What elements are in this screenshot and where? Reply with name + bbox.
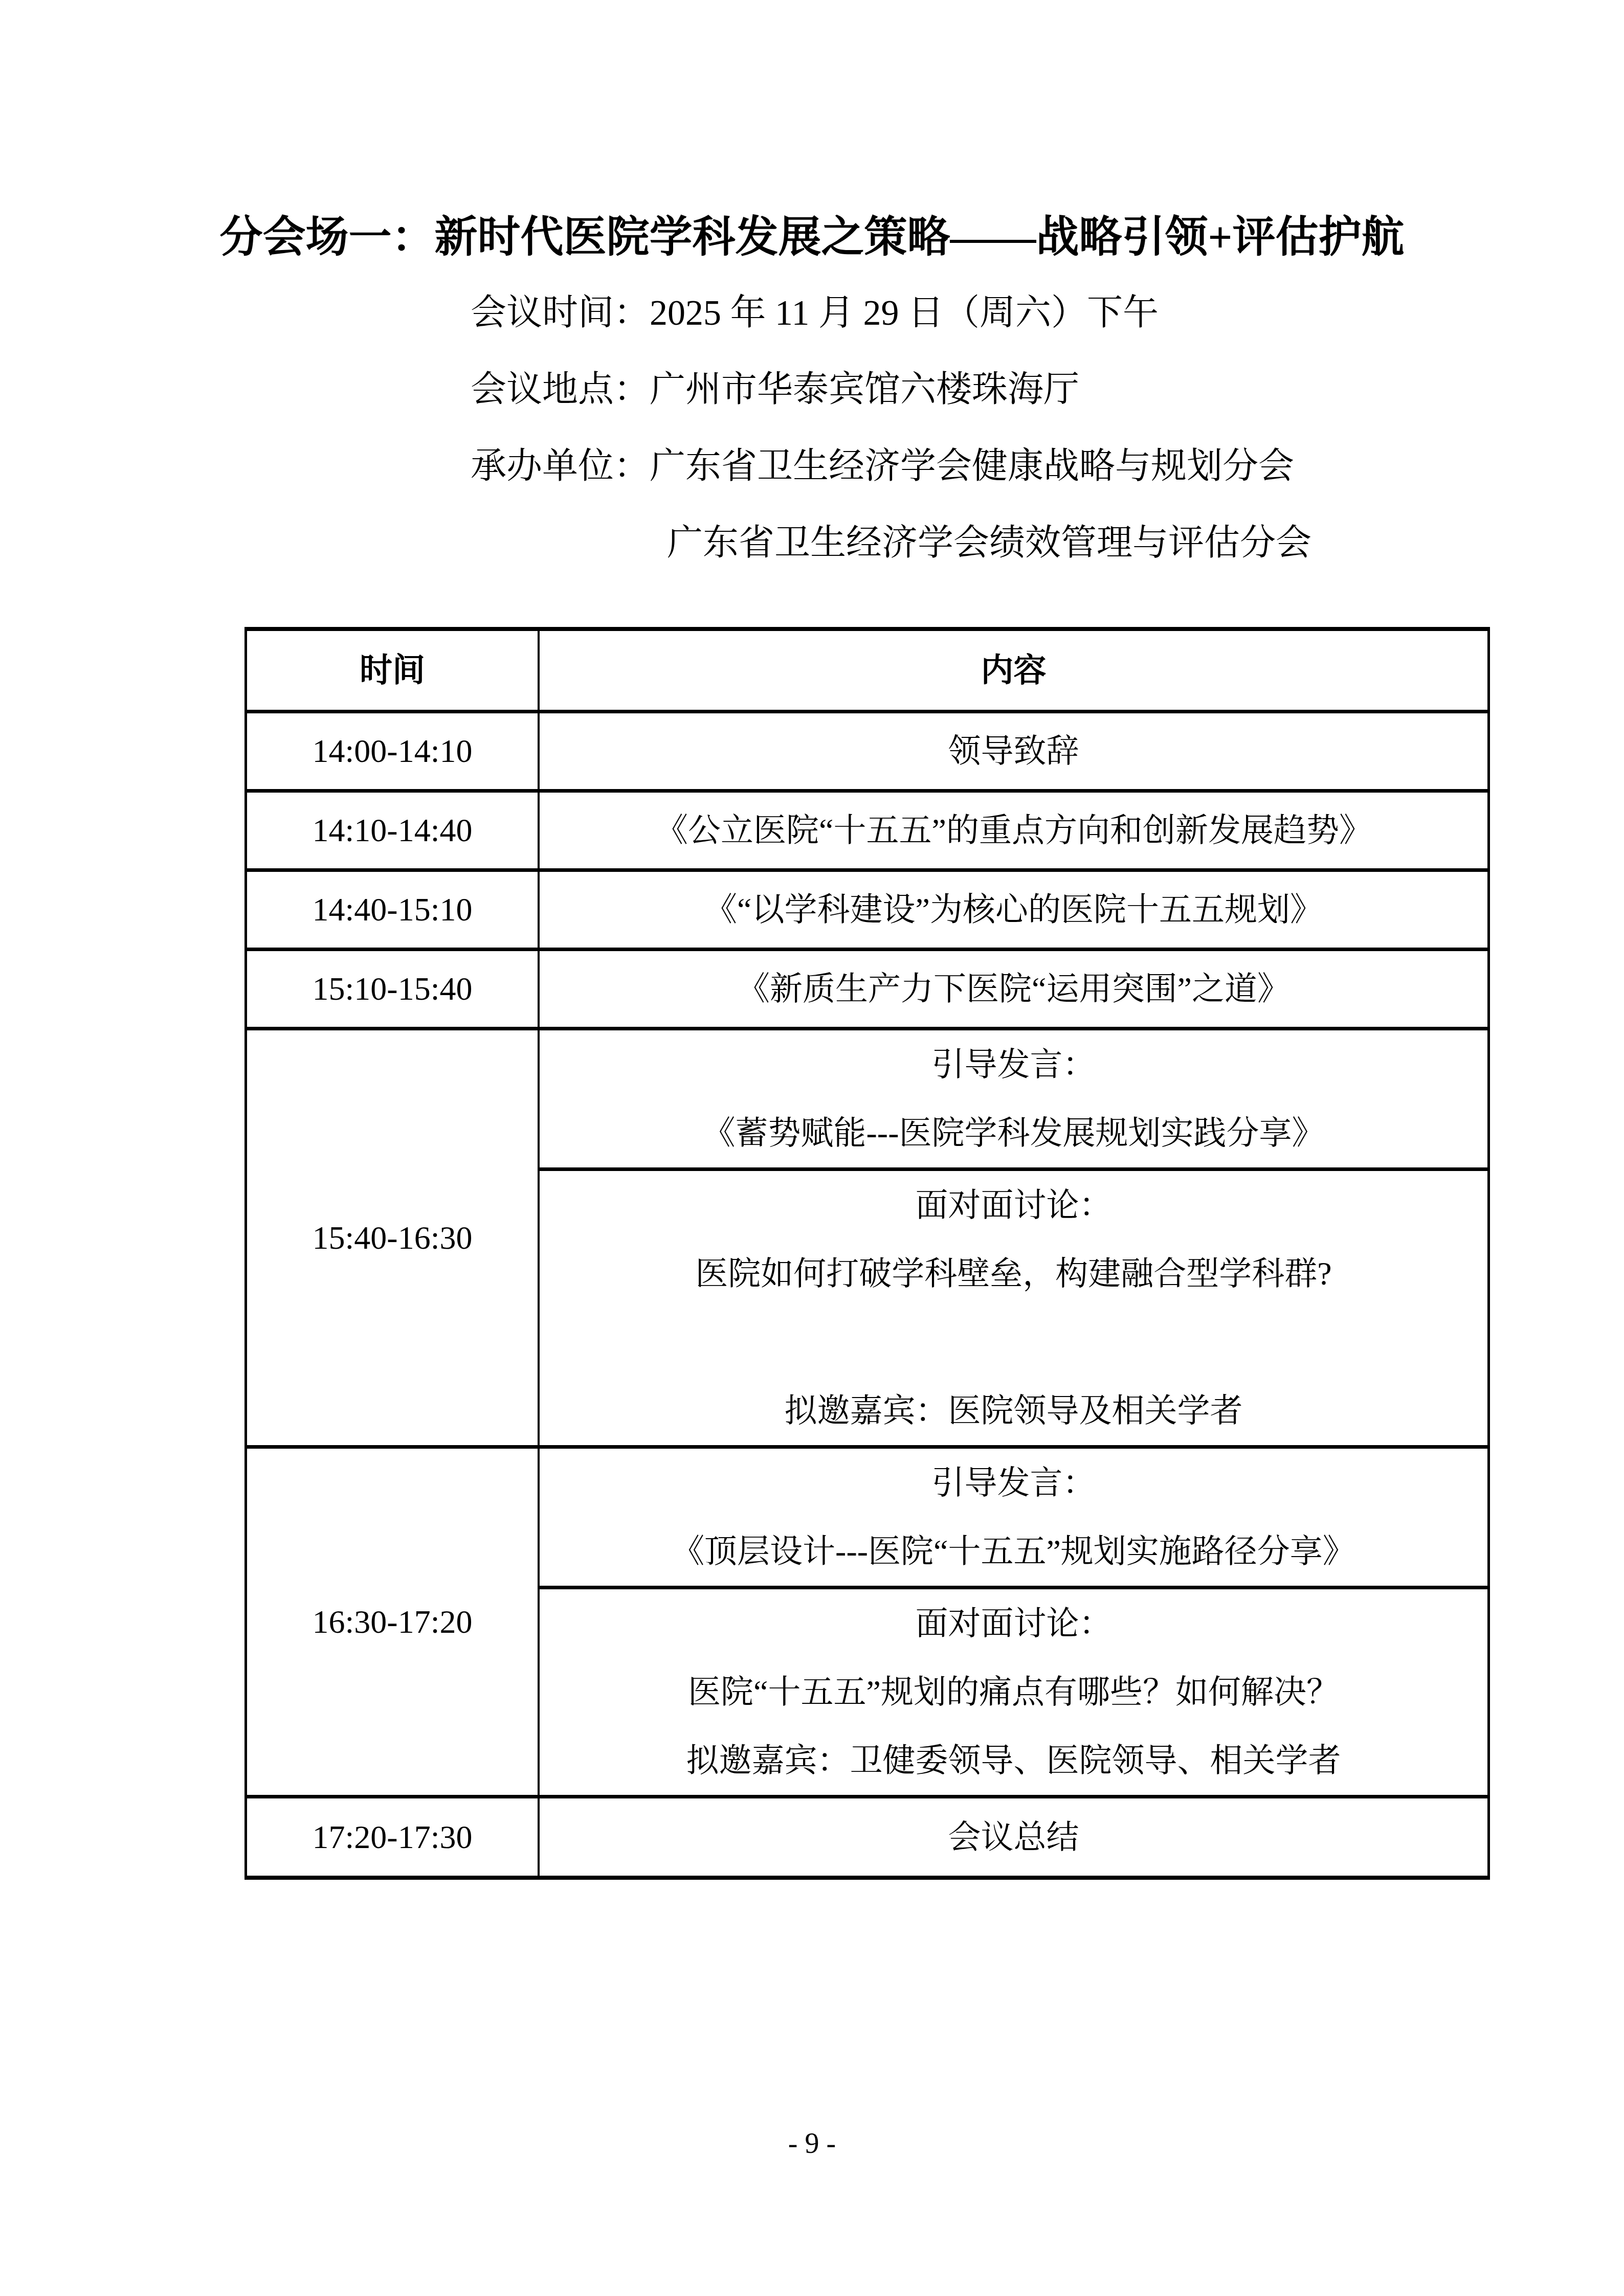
organizer-line: 承办单位：广东省卫生经济学会健康战略与规划分会 [471, 429, 1624, 505]
table-row: 15:10-15:40 《新质生产力下医院“运用突围”之道》 [246, 950, 1489, 1029]
agenda-content-cell: 会议总结 [539, 1797, 1489, 1878]
organizer-value-2: 广东省卫生经济学会绩效管理与评估分会 [667, 524, 1311, 563]
table-row-merged: 16:30-17:20 引导发言： 《顶层设计---医院“十五五”规划实施路径分… [246, 1447, 1489, 1588]
agenda-time-cell: 15:40-16:30 [246, 1029, 539, 1447]
meeting-venue-label: 会议地点： [471, 370, 650, 410]
meeting-venue-value: 广州市华泰宾馆六楼珠海厅 [650, 370, 1079, 410]
invited-guests: 拟邀嘉宾：医院领导及相关学者 [540, 1377, 1487, 1445]
page-number: - 9 - [0, 2128, 1624, 2159]
agenda-time-cell: 14:40-15:10 [246, 870, 539, 950]
document-page: 分会场一：新时代医院学科发展之策略——战略引领+评估护航 会议时间：2025 年… [0, 0, 1624, 2296]
meeting-time-line: 会议时间：2025 年 11 月 29 日（周六）下午 [471, 275, 1624, 352]
lead-speech-title: 《顶层设计---医院“十五五”规划实施路径分享》 [540, 1517, 1487, 1586]
agenda-header-row: 时间 内容 [246, 629, 1489, 712]
table-row: 14:10-14:40 《公立医院“十五五”的重点方向和创新发展趋势》 [246, 791, 1489, 870]
lead-speech-label: 引导发言： [540, 1449, 1487, 1517]
discussion-label: 面对面讨论： [540, 1589, 1487, 1658]
agenda-header-time: 时间 [246, 629, 539, 712]
organizer-value: 广东省卫生经济学会健康战略与规划分会 [650, 447, 1294, 486]
agenda-content-cell: 《“以学科建设”为核心的医院十五五规划》 [539, 870, 1489, 950]
table-row: 14:40-15:10 《“以学科建设”为核心的医院十五五规划》 [246, 870, 1489, 950]
agenda-content-cell: 《公立医院“十五五”的重点方向和创新发展趋势》 [539, 791, 1489, 870]
discussion-question: 医院“十五五”规划的痛点有哪些？如何解决？ [540, 1658, 1487, 1726]
agenda-content-cell: 《新质生产力下医院“运用突围”之道》 [539, 950, 1489, 1029]
meeting-venue-line: 会议地点：广州市华泰宾馆六楼珠海厅 [471, 352, 1624, 429]
agenda-header-content: 内容 [539, 629, 1489, 712]
table-row: 14:00-14:10 领导致辞 [246, 712, 1489, 791]
agenda-content-cell: 领导致辞 [539, 712, 1489, 791]
agenda-table: 时间 内容 14:00-14:10 领导致辞 14:10-14:40 《公立医院… [244, 627, 1490, 1880]
agenda-content-cell: 引导发言： 《蓄势赋能---医院学科发展规划实践分享》 [539, 1029, 1489, 1169]
discussion-label: 面对面讨论： [540, 1171, 1487, 1240]
meeting-info-block: 会议时间：2025 年 11 月 29 日（周六）下午 会议地点：广州市华泰宾馆… [0, 275, 1624, 582]
discussion-question: 医院如何打破学科壁垒，构建融合型学科群? [540, 1240, 1487, 1308]
agenda-time-cell: 14:00-14:10 [246, 712, 539, 791]
agenda-time-cell: 17:20-17:30 [246, 1797, 539, 1878]
meeting-time-value: 2025 年 11 月 29 日（周六）下午 [650, 294, 1159, 333]
agenda-content-cell: 面对面讨论： 医院如何打破学科壁垒，构建融合型学科群? 拟邀嘉宾：医院领导及相关… [539, 1169, 1489, 1447]
organizer-line-2: 广东省卫生经济学会绩效管理与评估分会 [471, 505, 1624, 582]
agenda-time-cell: 14:10-14:40 [246, 791, 539, 870]
blank-line [540, 1308, 1487, 1377]
table-row-merged: 15:40-16:30 引导发言： 《蓄势赋能---医院学科发展规划实践分享》 [246, 1029, 1489, 1169]
agenda-time-cell: 15:10-15:40 [246, 950, 539, 1029]
agenda-content-cell: 引导发言： 《顶层设计---医院“十五五”规划实施路径分享》 [539, 1447, 1489, 1588]
lead-speech-title: 《蓄势赋能---医院学科发展规划实践分享》 [540, 1099, 1487, 1167]
organizer-label: 承办单位： [471, 447, 650, 486]
table-row: 17:20-17:30 会议总结 [246, 1797, 1489, 1878]
agenda-time-cell: 16:30-17:20 [246, 1447, 539, 1797]
lead-speech-label: 引导发言： [540, 1030, 1487, 1099]
meeting-time-label: 会议时间： [471, 294, 650, 333]
page-title: 分会场一：新时代医院学科发展之策略——战略引领+评估护航 [0, 0, 1624, 271]
agenda-content-cell: 面对面讨论： 医院“十五五”规划的痛点有哪些？如何解决？ 拟邀嘉宾：卫健委领导、… [539, 1588, 1489, 1797]
invited-guests: 拟邀嘉宾：卫健委领导、医院领导、相关学者 [540, 1726, 1487, 1795]
